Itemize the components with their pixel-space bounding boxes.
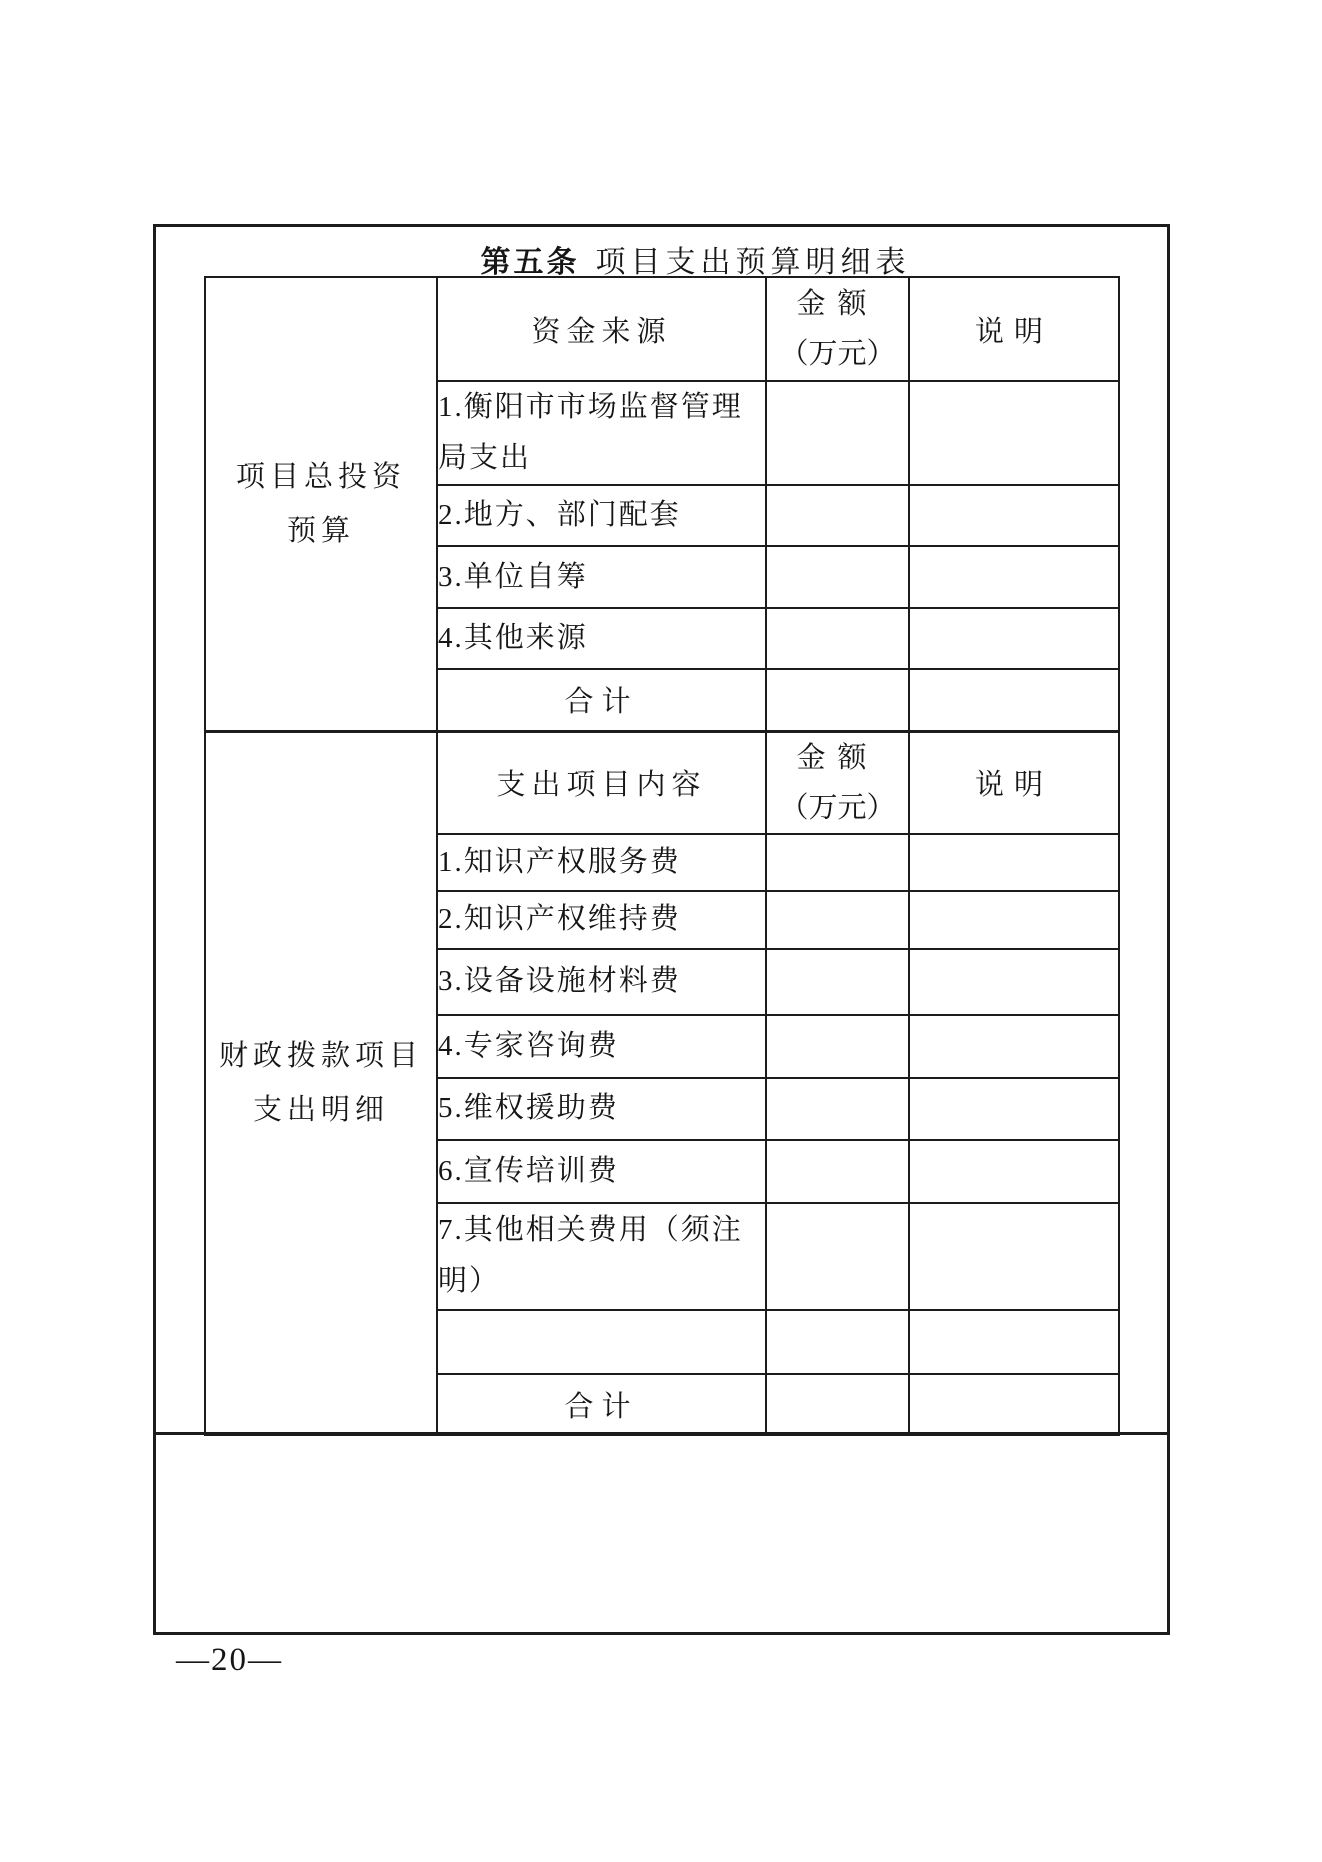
section2-label-line2: 支出明细 <box>206 1083 436 1137</box>
item-cell: 4.其他来源 <box>437 608 766 669</box>
amount-cell <box>766 485 909 546</box>
item-cell: 1.衡阳市市场监督管理局支出 <box>437 381 766 485</box>
document-frame: 第五条项目支出预算明细表 项目总投资 预算 资金来源 金额 （万元） <box>153 224 1170 1635</box>
section1-total-label: 合计 <box>437 669 766 731</box>
amount-cell <box>766 1203 909 1310</box>
amount-header-line2: （万元） <box>767 329 908 379</box>
item-cell: 6.宣传培训费 <box>437 1140 766 1203</box>
notes-cell <box>909 834 1119 891</box>
notes-cell <box>909 1310 1119 1374</box>
section2-total-label: 合计 <box>437 1374 766 1435</box>
amount-cell <box>766 1078 909 1140</box>
notes-cell <box>909 1203 1119 1310</box>
notes-cell <box>909 1374 1119 1435</box>
notes-cell <box>909 1140 1119 1203</box>
notes-cell <box>909 1078 1119 1140</box>
amount-header-line1: 金额 <box>767 279 908 329</box>
empty-item-cell <box>437 1310 766 1374</box>
item-cell: 3.单位自筹 <box>437 546 766 608</box>
budget-table: 项目总投资 预算 资金来源 金额 （万元） 说明 1.衡阳市市场监督管理局支出 … <box>204 276 1120 1436</box>
notes-cell <box>909 608 1119 669</box>
table-title: 第五条项目支出预算明细表 <box>190 237 1201 281</box>
item-cell: 7.其他相关费用（须注明） <box>437 1203 766 1310</box>
amount-cell <box>766 608 909 669</box>
notes-header: 说明 <box>909 731 1119 834</box>
page-number: —20— <box>176 1642 283 1679</box>
amount-header: 金额 （万元） <box>766 731 909 834</box>
amount-header-line1: 金额 <box>767 733 908 783</box>
item-cell: 1.知识产权服务费 <box>437 834 766 891</box>
section1-label: 项目总投资 预算 <box>205 277 437 731</box>
amount-cell <box>766 1310 909 1374</box>
section1-label-line1: 项目总投资 <box>206 450 436 504</box>
amount-header: 金额 （万元） <box>766 277 909 381</box>
amount-cell <box>766 1140 909 1203</box>
amount-cell <box>766 669 909 731</box>
notes-cell <box>909 669 1119 731</box>
item-cell: 2.地方、部门配套 <box>437 485 766 546</box>
item-cell: 3.设备设施材料费 <box>437 949 766 1015</box>
item-cell: 4.专家咨询费 <box>437 1015 766 1078</box>
amount-cell <box>766 381 909 485</box>
item-cell: 2.知识产权维持费 <box>437 891 766 949</box>
article-number: 第五条 <box>481 246 580 279</box>
notes-cell <box>909 1015 1119 1078</box>
table-title-text: 项目支出预算明细表 <box>596 246 911 279</box>
notes-cell <box>909 949 1119 1015</box>
section1-label-line2: 预算 <box>206 504 436 558</box>
section2-label-line1: 财政拨款项目 <box>206 1029 436 1083</box>
table-bottom-rule <box>156 1432 1167 1435</box>
amount-cell <box>766 1015 909 1078</box>
notes-cell <box>909 381 1119 485</box>
expenditure-content-header: 支出项目内容 <box>437 731 766 834</box>
amount-cell <box>766 834 909 891</box>
amount-cell <box>766 1374 909 1435</box>
fund-source-header: 资金来源 <box>437 277 766 381</box>
amount-header-line2: （万元） <box>767 783 908 833</box>
section2-label: 财政拨款项目 支出明细 <box>205 731 437 1435</box>
document-page: 第五条项目支出预算明细表 项目总投资 预算 资金来源 金额 （万元） <box>0 0 1322 1862</box>
amount-cell <box>766 546 909 608</box>
amount-cell <box>766 949 909 1015</box>
notes-cell <box>909 485 1119 546</box>
notes-header: 说明 <box>909 277 1119 381</box>
notes-cell <box>909 891 1119 949</box>
amount-cell <box>766 891 909 949</box>
notes-cell <box>909 546 1119 608</box>
item-cell: 5.维权援助费 <box>437 1078 766 1140</box>
